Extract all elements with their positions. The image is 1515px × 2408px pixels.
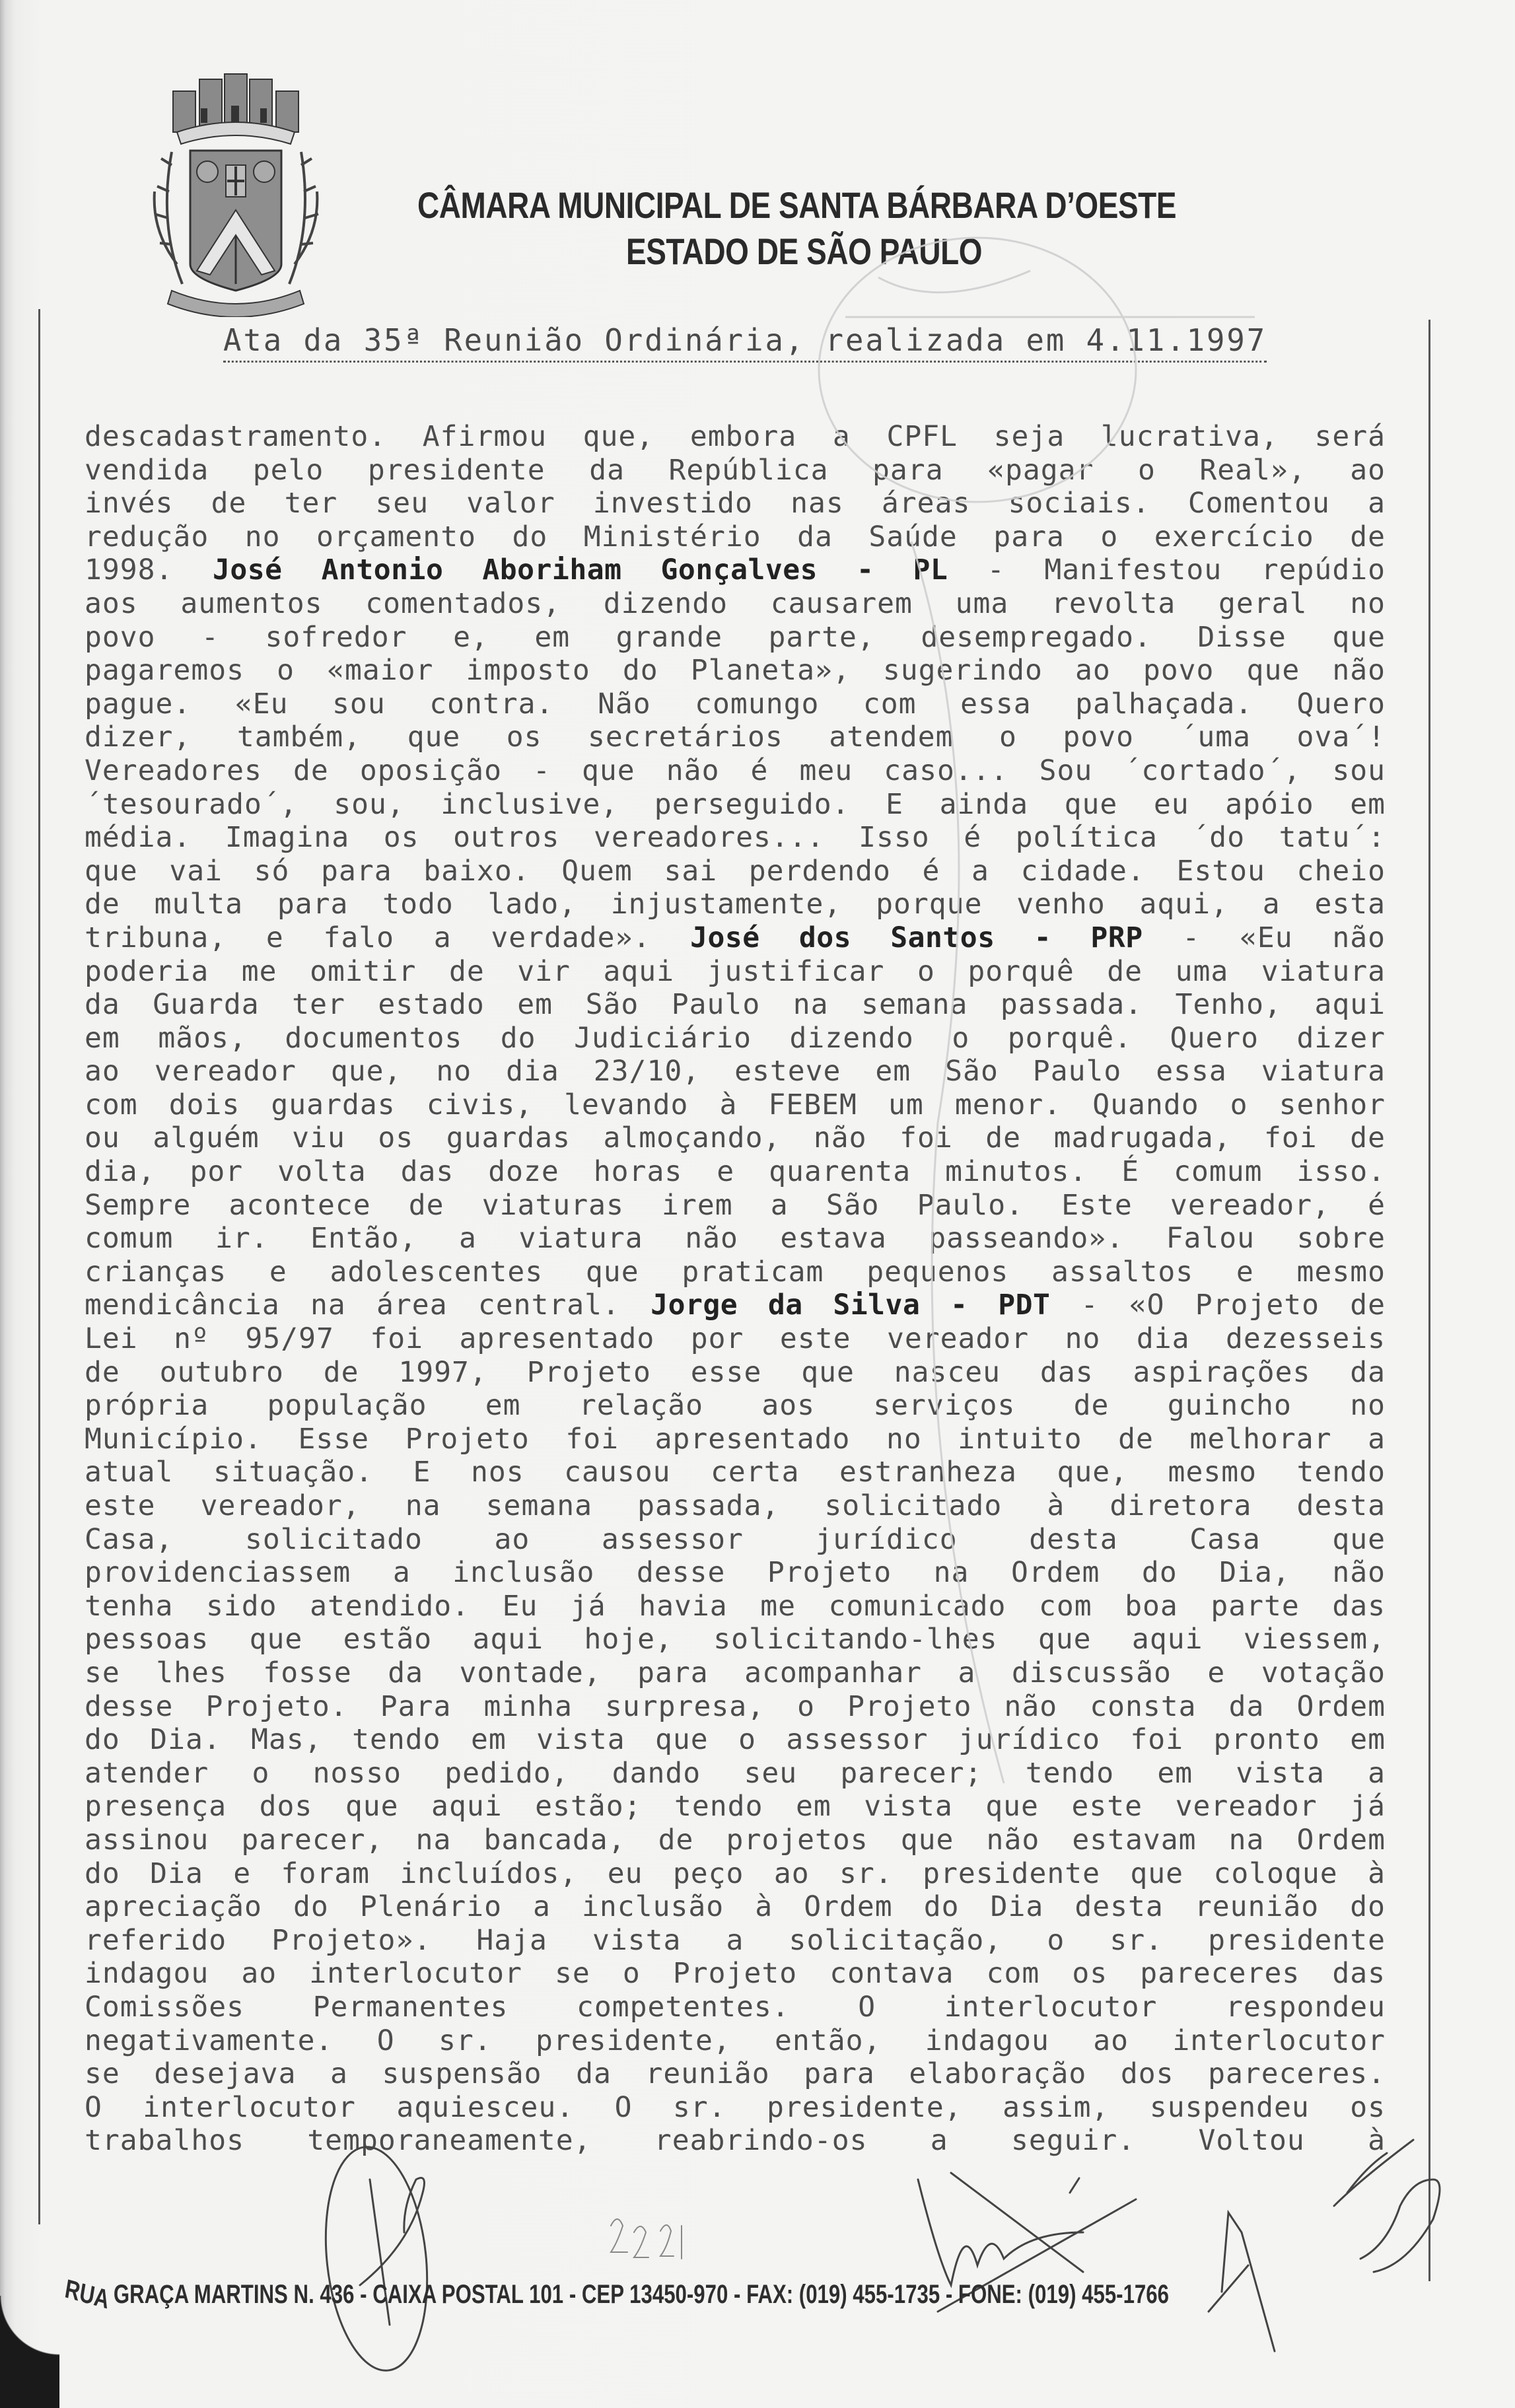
text-line: negativamente. O sr. presidente, então, …	[85, 2024, 1386, 2058]
organization-state: ESTADO DE SÃO PAULO	[626, 230, 1515, 273]
text-segment: Comissões Permanentes competentes. O int…	[85, 1991, 1386, 2024]
text-segment: crianças e adolescentes que praticam peq…	[85, 1256, 1386, 1289]
text-segment: - «Eu não	[1143, 921, 1386, 954]
text-segment: se lhes fosse da vontade, para acompanha…	[85, 1656, 1386, 1689]
text-segment: pague. «Eu sou contra. Não comungo com e…	[85, 688, 1386, 721]
text-line: apreciação do Plenário a inclusão à Orde…	[85, 1890, 1386, 1924]
text-segment: poderia me omitir de vir aqui justificar…	[85, 955, 1386, 988]
text-segment: descadastramento. Afirmou que, embora a …	[85, 420, 1386, 453]
text-line: Comissões Permanentes competentes. O int…	[85, 1991, 1386, 2024]
text-line: Município. Esse Projeto foi apresentado …	[85, 1423, 1386, 1456]
text-line: O interlocutor aquiesceu. O sr. presiden…	[85, 2091, 1386, 2125]
text-line: ´tesourado´, sou, inclusive, perseguido.…	[85, 788, 1386, 822]
text-segment: pessoas que estão aqui hoje, solicitando…	[85, 1623, 1386, 1656]
text-segment: aos aumentos comentados, dizendo causare…	[85, 587, 1386, 620]
speaker-name: Jorge da Silva - PDT	[651, 1289, 1050, 1322]
text-line: este vereador, na semana passada, solici…	[85, 1489, 1386, 1523]
text-line: pague. «Eu sou contra. Não comungo com e…	[85, 688, 1386, 721]
text-segment: ou alguém viu os guardas almoçando, não …	[85, 1121, 1386, 1154]
text-segment: ´tesourado´, sou, inclusive, perseguido.…	[85, 788, 1386, 821]
text-segment: do Dia e foram incluídos, eu peço ao sr.…	[85, 1857, 1386, 1890]
text-segment: invés de ter seu valor investido nas áre…	[85, 487, 1386, 520]
text-line: Casa, solicitado ao assessor jurídico de…	[85, 1523, 1386, 1557]
text-segment: Casa, solicitado ao assessor jurídico de…	[85, 1523, 1386, 1556]
text-line: desse Projeto. Para minha surpresa, o Pr…	[85, 1690, 1386, 1724]
text-segment: desse Projeto. Para minha surpresa, o Pr…	[85, 1690, 1386, 1723]
footer-prefix: RUA	[63, 2274, 111, 2315]
address-footer: RUAGRAÇA MARTINS N. 436 - CAIXA POSTAL 1…	[65, 2280, 1169, 2310]
text-line: poderia me omitir de vir aqui justificar…	[85, 955, 1386, 989]
text-line: Lei nº 95/97 foi apresentado por este ve…	[85, 1322, 1386, 1356]
text-line: de outubro de 1997, Projeto esse que nas…	[85, 1356, 1386, 1390]
text-segment: apreciação do Plenário a inclusão à Orde…	[85, 1890, 1386, 1923]
text-line: Vereadores de oposição - que não é meu c…	[85, 754, 1386, 788]
text-line: Sempre acontece de viaturas irem a São P…	[85, 1189, 1386, 1222]
text-segment: mendicância na área central.	[85, 1289, 651, 1322]
text-segment: da Guarda ter estado em São Paulo na sem…	[85, 988, 1386, 1021]
text-segment: presença dos que aqui estão; tendo em vi…	[85, 1790, 1386, 1823]
text-line: que vai só para baixo. Quem sai perdendo…	[85, 855, 1386, 888]
text-segment: de multa para todo lado, injustamente, p…	[85, 888, 1386, 921]
text-segment: do Dia. Mas, tendo em vista que o assess…	[85, 1723, 1386, 1756]
footer-address: GRAÇA MARTINS N. 436 - CAIXA POSTAL 101 …	[114, 2280, 1169, 2309]
text-line: dia, por volta das doze horas e quarenta…	[85, 1155, 1386, 1189]
text-line: mendicância na área central. Jorge da Si…	[85, 1289, 1386, 1322]
text-segment: de outubro de 1997, Projeto esse que nas…	[85, 1356, 1386, 1389]
text-segment: providenciassem a inclusão desse Projeto…	[85, 1556, 1386, 1589]
text-segment: tribuna, e falo a verdade».	[85, 921, 690, 954]
text-line: descadastramento. Afirmou que, embora a …	[85, 420, 1386, 454]
text-segment: este vereador, na semana passada, solici…	[85, 1489, 1386, 1522]
text-segment: comum ir. Então, a viatura não estava pa…	[85, 1222, 1386, 1255]
speaker-name: José dos Santos - PRP	[690, 921, 1143, 954]
text-line: se desejava a suspensão da reunião para …	[85, 2057, 1386, 2091]
text-segment: O interlocutor aquiesceu. O sr. presiden…	[85, 2091, 1386, 2124]
text-segment: atual situação. E nos causou certa estra…	[85, 1456, 1386, 1489]
text-line: própria população em relação aos serviço…	[85, 1389, 1386, 1423]
text-segment: - Manifestou repúdio	[948, 553, 1386, 586]
organization-name: CÂMARA MUNICIPAL DE SANTA BÁRBARA D’OEST…	[417, 184, 1338, 227]
text-line: de multa para todo lado, injustamente, p…	[85, 888, 1386, 921]
text-segment: pagaremos o «maior imposto do Planeta», …	[85, 654, 1386, 687]
text-segment: - «O Projeto de	[1050, 1289, 1386, 1322]
minutes-body-text: descadastramento. Afirmou que, embora a …	[85, 420, 1386, 2158]
text-segment: referido Projeto». Haja vista a solicita…	[85, 1924, 1386, 1957]
text-line: com dois guardas civis, levando à FEBEM …	[85, 1088, 1386, 1122]
text-segment: 1998.	[85, 553, 213, 586]
text-line: presença dos que aqui estão; tendo em vi…	[85, 1790, 1386, 1824]
text-line: do Dia. Mas, tendo em vista que o assess…	[85, 1723, 1386, 1757]
text-line: média. Imagina os outros vereadores... I…	[85, 821, 1386, 855]
text-segment: negativamente. O sr. presidente, então, …	[85, 2024, 1386, 2057]
text-line: tenha sido atendido. Eu já havia me comu…	[85, 1590, 1386, 1623]
text-line: da Guarda ter estado em São Paulo na sem…	[85, 988, 1386, 1022]
left-margin-rule	[38, 309, 40, 2224]
scan-shadow-corner	[0, 2296, 59, 2408]
text-line: invés de ter seu valor investido nas áre…	[85, 487, 1386, 520]
text-line: dizer, também, que os secretários atende…	[85, 721, 1386, 754]
text-line: pagaremos o «maior imposto do Planeta», …	[85, 654, 1386, 688]
text-segment: média. Imagina os outros vereadores... I…	[85, 821, 1386, 854]
document-title: Ata da 35ª Reunião Ordinária, realizada …	[223, 322, 1267, 363]
text-segment: tenha sido atendido. Eu já havia me comu…	[85, 1590, 1386, 1623]
text-line: assinou parecer, na bancada, de projetos…	[85, 1824, 1386, 1857]
text-segment: Lei nº 95/97 foi apresentado por este ve…	[85, 1322, 1386, 1355]
text-line: referido Projeto». Haja vista a solicita…	[85, 1924, 1386, 1958]
text-segment: assinou parecer, na bancada, de projetos…	[85, 1824, 1386, 1857]
text-segment: se desejava a suspensão da reunião para …	[85, 2057, 1386, 2090]
speaker-name: José Antonio Aboriham Gonçalves - PL	[213, 553, 948, 586]
text-line: vendida pelo presidente da República par…	[85, 454, 1386, 487]
text-line: comum ir. Então, a viatura não estava pa…	[85, 1222, 1386, 1256]
text-line: crianças e adolescentes que praticam peq…	[85, 1256, 1386, 1289]
text-line: ou alguém viu os guardas almoçando, não …	[85, 1121, 1386, 1155]
text-line: indagou ao interlocutor se o Projeto con…	[85, 1957, 1386, 1991]
text-segment: trabalhos temporaneamente, reabrindo-os …	[85, 2124, 1386, 2157]
text-line: do Dia e foram incluídos, eu peço ao sr.…	[85, 1857, 1386, 1891]
text-line: ao vereador que, no dia 23/10, esteve em…	[85, 1055, 1386, 1088]
text-line: 1998. José Antonio Aboriham Gonçalves - …	[85, 553, 1386, 587]
text-segment: que vai só para baixo. Quem sai perdendo…	[85, 855, 1386, 888]
text-segment: Sempre acontece de viaturas irem a São P…	[85, 1189, 1386, 1222]
text-segment: Vereadores de oposição - que não é meu c…	[85, 754, 1386, 787]
text-line: em mãos, documentos do Judiciário dizend…	[85, 1022, 1386, 1055]
text-line: redução no orçamento do Ministério da Sa…	[85, 520, 1386, 554]
text-segment: Município. Esse Projeto foi apresentado …	[85, 1423, 1386, 1456]
text-segment: dizer, também, que os secretários atende…	[85, 721, 1386, 754]
text-line: atender o nosso pedido, dando seu parece…	[85, 1757, 1386, 1790]
text-line: atual situação. E nos causou certa estra…	[85, 1456, 1386, 1489]
right-margin-rule	[1428, 320, 1430, 2281]
text-segment: vendida pelo presidente da República par…	[85, 454, 1386, 487]
text-segment: com dois guardas civis, levando à FEBEM …	[85, 1088, 1386, 1121]
text-line: se lhes fosse da vontade, para acompanha…	[85, 1656, 1386, 1690]
text-segment: em mãos, documentos do Judiciário dizend…	[85, 1022, 1386, 1055]
text-segment: ao vereador que, no dia 23/10, esteve em…	[85, 1055, 1386, 1088]
text-segment: povo - sofredor e, em grande parte, dese…	[85, 621, 1386, 654]
text-line: trabalhos temporaneamente, reabrindo-os …	[85, 2124, 1386, 2158]
text-segment: redução no orçamento do Ministério da Sa…	[85, 520, 1386, 553]
text-line: pessoas que estão aqui hoje, solicitando…	[85, 1623, 1386, 1656]
document-page: CÂMARA MUNICIPAL DE SANTA BÁRBARA D’OEST…	[0, 0, 1515, 2408]
text-segment: atender o nosso pedido, dando seu parece…	[85, 1757, 1386, 1790]
text-segment: indagou ao interlocutor se o Projeto con…	[85, 1957, 1386, 1990]
text-line: povo - sofredor e, em grande parte, dese…	[85, 621, 1386, 655]
text-segment: própria população em relação aos serviço…	[85, 1389, 1386, 1422]
text-segment: dia, por volta das doze horas e quarenta…	[85, 1155, 1386, 1188]
text-line: tribuna, e falo a verdade». José dos San…	[85, 921, 1386, 955]
municipal-coat-of-arms-icon	[125, 66, 337, 317]
text-line: providenciassem a inclusão desse Projeto…	[85, 1556, 1386, 1590]
text-line: aos aumentos comentados, dizendo causare…	[85, 587, 1386, 621]
